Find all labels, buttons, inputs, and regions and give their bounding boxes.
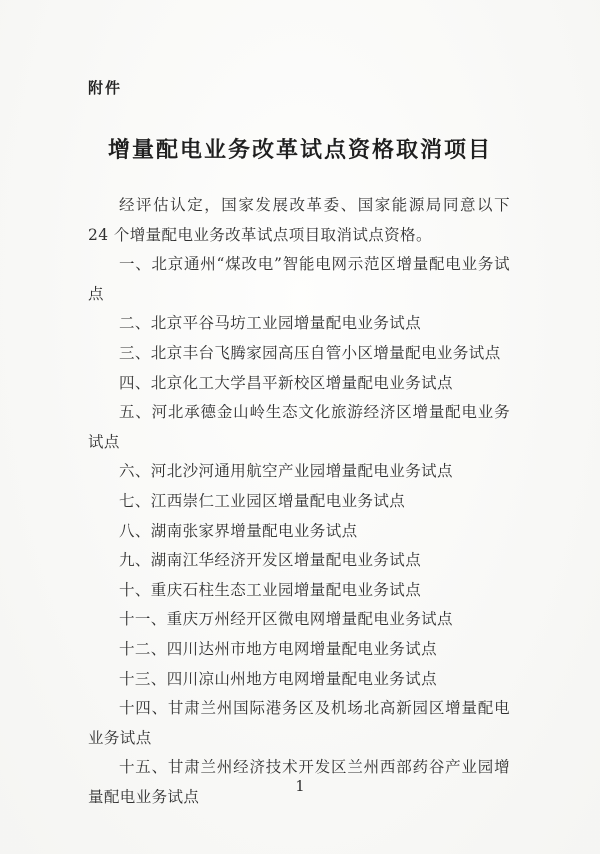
document-title: 增量配电业务改革试点资格取消项目 [0, 133, 600, 164]
list-item: 四、北京化工大学昌平新校区增量配电业务试点 [88, 369, 510, 399]
list-item: 九、湖南江华经济开发区增量配电业务试点 [88, 546, 510, 576]
list-item: 十四、甘肃兰州国际港务区及机场北高新园区增量配电业务试点 [88, 694, 510, 753]
list-item: 十一、重庆万州经开区微电网增量配电业务试点 [88, 605, 510, 635]
page-number: 1 [0, 779, 600, 795]
list-item: 八、湖南张家界增量配电业务试点 [88, 517, 510, 547]
list-item: 二、北京平谷马坊工业园增量配电业务试点 [88, 309, 510, 339]
list-item: 六、河北沙河通用航空产业园增量配电业务试点 [88, 457, 510, 487]
list-item: 三、北京丰台飞腾家园高压自管小区增量配电业务试点 [88, 339, 510, 369]
list-item: 十、重庆石柱生态工业园增量配电业务试点 [88, 576, 510, 606]
list-item: 十二、四川达州市地方电网增量配电业务试点 [88, 635, 510, 665]
document-page: 附件 增量配电业务改革试点资格取消项目 经评估认定，国家发展改革委、国家能源局同… [0, 0, 600, 854]
document-body: 经评估认定，国家发展改革委、国家能源局同意以下 24 个增量配电业务改革试点项目… [88, 191, 510, 812]
list-item: 七、江西崇仁工业园区增量配电业务试点 [88, 487, 510, 517]
list-item: 五、河北承德金山岭生态文化旅游经济区增量配电业务试点 [88, 398, 510, 457]
list-item: 一、北京通州“煤改电”智能电网示范区增量配电业务试点 [88, 250, 510, 309]
list-item: 十三、四川凉山州地方电网增量配电业务试点 [88, 665, 510, 695]
attachment-label: 附件 [88, 77, 122, 98]
intro-paragraph: 经评估认定，国家发展改革委、国家能源局同意以下 24 个增量配电业务改革试点项目… [88, 191, 510, 250]
